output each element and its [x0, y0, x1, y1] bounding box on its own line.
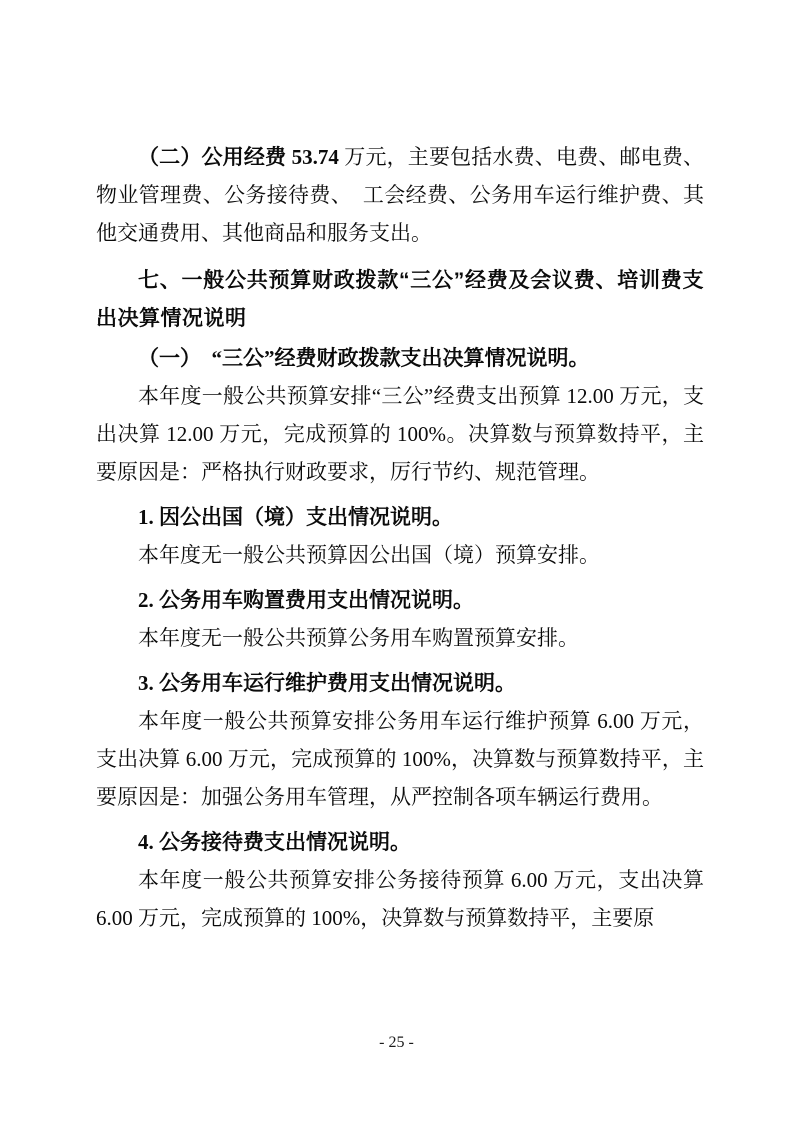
heading-item-1-abroad: 1. 因公出国（境）支出情况说明。 [96, 498, 704, 536]
paragraph-item-1-abroad: 本年度无一般公共预算因公出国（境）预算安排。 [96, 536, 704, 574]
heading-item-4-official-reception: 4. 公务接待费支出情况说明。 [96, 823, 704, 861]
heading-subsection-one: （一） “三公”经费财政拨款支出决算情况说明。 [96, 339, 704, 377]
paragraph-item-2-vehicle-purchase: 本年度无一般公共预算公务用车购置预算安排。 [96, 619, 704, 657]
page-number: - 25 - [0, 1032, 793, 1054]
paragraph-item-3-vehicle-maintenance: 本年度一般公共预算安排公务用车运行维护预算 6.00 万元，支出决算 6.00 … [96, 702, 704, 816]
heading-section-seven: 七、一般公共预算财政拨款“三公”经费及会议费、培训费支出决算情况说明 [96, 262, 704, 338]
paragraph-item-4-official-reception: 本年度一般公共预算安排公务接待预算 6.00 万元，支出决算 6.00 万元，完… [96, 861, 704, 937]
heading-item-2-vehicle-purchase: 2. 公务用车购置费用支出情况说明。 [96, 581, 704, 619]
heading-item-3-vehicle-maintenance: 3. 公务用车运行维护费用支出情况说明。 [96, 664, 704, 702]
paragraph-public-funds-lead: （二）公用经费 53.74 [138, 145, 339, 169]
paragraph-three-public-summary: 本年度一般公共预算安排“三公”经费支出预算 12.00 万元，支出决算 12.0… [96, 377, 704, 491]
document-content: （二）公用经费 53.74 万元，主要包括水费、电费、邮电费、物业管理费、公务接… [96, 138, 704, 937]
document-page: （二）公用经费 53.74 万元，主要包括水费、电费、邮电费、物业管理费、公务接… [0, 0, 793, 1122]
paragraph-public-funds: （二）公用经费 53.74 万元，主要包括水费、电费、邮电费、物业管理费、公务接… [96, 138, 704, 252]
